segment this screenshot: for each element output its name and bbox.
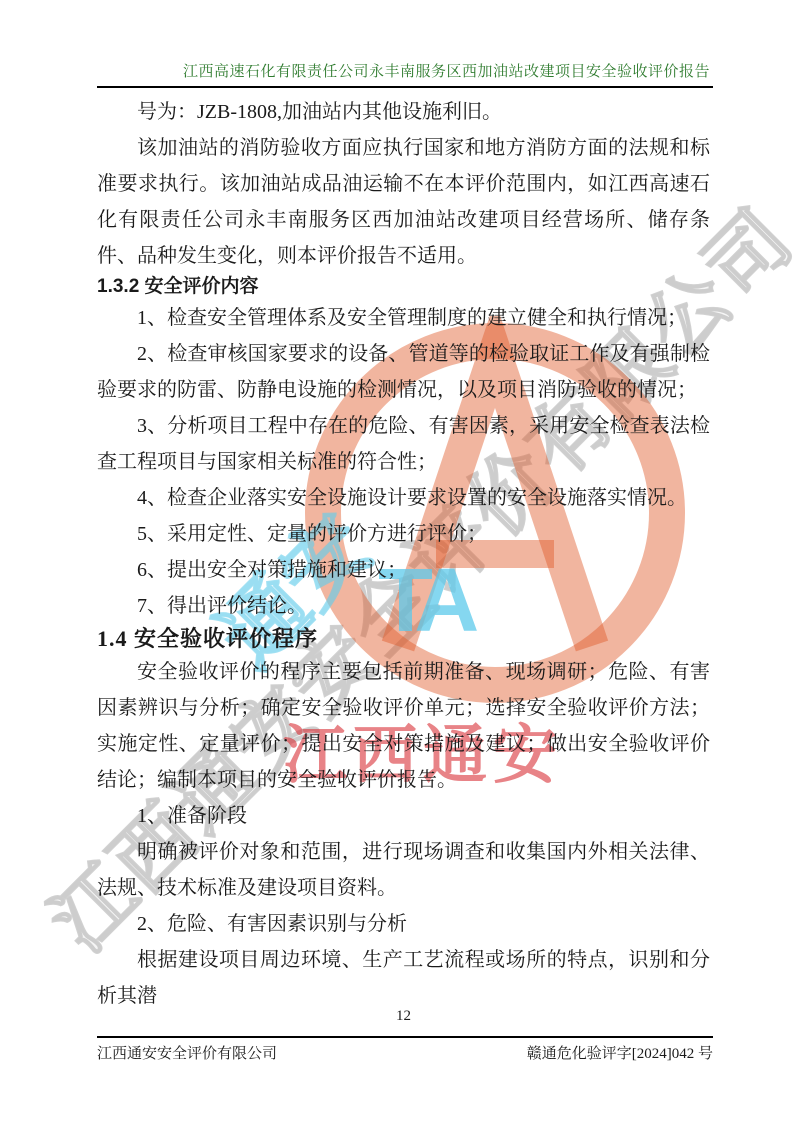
sub-item-title: 2、危险、有害因素识别与分析 [97,906,710,942]
page-number: 12 [97,1008,710,1025]
list-item: 3、分析项目工程中存在的危险、有害因素，采用安全检查表法检查工程项目与国家相关标… [97,408,710,480]
list-item: 5、采用定性、定量的评价方进行评价； [97,516,710,552]
paragraph: 安全验收评价的程序主要包括前期准备、现场调研；危险、有害因素辨识与分析；确定安全… [97,654,710,798]
sub-item-title: 1、准备阶段 [97,798,710,834]
footer-document-number: 赣通危化验评字[2024]042 号 [527,1042,713,1063]
section-heading-1-4: 1.4 安全验收评价程序 [97,624,710,654]
list-item: 1、检查安全管理体系及安全管理制度的建立健全和执行情况； [97,300,710,336]
list-item: 2、检查审核国家要求的设备、管道等的检验取证工作及有强制检验要求的防雷、防静电设… [97,336,710,408]
list-item: 7、得出评价结论。 [97,588,710,624]
header-rule [97,86,713,88]
footer-rule [97,1036,713,1038]
paragraph: 明确被评价对象和范围，进行现场调查和收集国内外相关法律、法规、技术标准及建设项目… [97,834,710,906]
list-item: 4、检查企业落实安全设施设计要求设置的安全设施落实情况。 [97,480,710,516]
footer: 江西通安安全评价有限公司 赣通危化验评字[2024]042 号 [97,1042,713,1063]
list-item: 6、提出安全对策措施和建议； [97,552,710,588]
section-heading-1-3-2: 1.3.2 安全评价内容 [97,274,710,300]
page-header-title: 江西高速石化有限责任公司永丰南服务区西加油站改建项目安全验收评价报告 [97,60,710,81]
report-page: 江西通安安全评价有限公司 通安 TA 江西通安 江西高速石化有限责任公司永丰南服… [0,0,794,1123]
paragraph: 根据建设项目周边环境、生产工艺流程或场所的特点，识别和分析其潜 [97,942,710,1014]
paragraph: 该加油站的消防验收方面应执行国家和地方消防方面的法规和标准要求执行。该加油站成品… [97,130,710,274]
document-body: 号为：JZB-1808,加油站内其他设施利旧。 该加油站的消防验收方面应执行国家… [97,94,710,1014]
footer-company-name: 江西通安安全评价有限公司 [97,1042,277,1063]
paragraph: 号为：JZB-1808,加油站内其他设施利旧。 [97,94,710,130]
